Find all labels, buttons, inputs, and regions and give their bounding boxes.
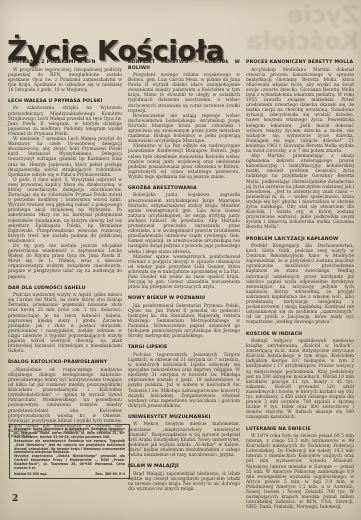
- section-heading: KOŚCIÓŁ W INDIACH: [246, 332, 354, 338]
- article-paragraph: Rząd Malajzji zapowiedział niedawno, iż …: [128, 472, 240, 492]
- news-section: ISLAM W MALAJZJIRząd Malajzji zapowiedzi…: [128, 464, 240, 492]
- section-heading: KONFLIKT PAŃSTWO — KOŚCIÓŁ W BOLIWII: [128, 60, 240, 71]
- section-heading: TARGI LIPSKIE: [128, 345, 240, 351]
- imprint-order-number: Zam. 580-80. R-4: [95, 473, 125, 477]
- article-paragraph: W 1979 roku było na świecie ponad 69,5 m…: [246, 434, 354, 510]
- article-paragraph: Podczas tegorocznych Jesiennych Targów L…: [128, 353, 240, 409]
- imprint-line: Wydawca: Kuria Diecezjalna w Katowicach.…: [14, 428, 125, 440]
- section-heading: NOWY BISKUP W POZNANIU: [128, 296, 240, 302]
- section-heading: LECH WAŁĘSA U PRYMASA POLSKI: [8, 99, 122, 105]
- section-heading: LUTERANIE NA ŚWIECIE: [246, 427, 354, 433]
- bleed-through-artifact: Życie Kościoła: [237, 2, 359, 60]
- article-paragraph: Do tej pory nie została jeszcze oficjaln…: [8, 244, 122, 280]
- news-section: PROBLEM LAICYZACJI KAPŁANÓWPrefekt Kongr…: [246, 237, 354, 326]
- article-paragraph: Minister spraw wewnętrznych poinformował…: [128, 255, 240, 291]
- news-section: GROŹBA ARESZTOWANIABoliwijska junta wojs…: [128, 186, 240, 290]
- article-paragraph: Niedawno w La Paz odbyło się nadzwyczajn…: [128, 144, 240, 180]
- article-paragraph: Arcybiskup Mediolanu Martini dokonał otw…: [246, 68, 354, 155]
- section-heading: DIALOG KATOLICKO-PRAWOSŁAWNY: [8, 360, 122, 366]
- news-section: TARGI LIPSKIEPodczas tegorocznych Jesien…: [128, 345, 240, 409]
- news-section: LUTERANIE NA ŚWIECIEW 1979 roku było na …: [246, 427, 354, 511]
- text-column-center: KONFLIKT PAŃSTWO — KOŚCIÓŁ W BOLIWIIPrez…: [128, 60, 240, 498]
- text-column-left: SPOTKANIE Z POLAKAMI W RFNW programie te…: [8, 60, 122, 445]
- article-paragraph: Abp Martini, przemawiając z okazji ogłos…: [246, 154, 354, 230]
- news-section: DAR DLA LUDNOŚCI SAHELUPodczas niedawnej…: [8, 286, 122, 355]
- newspaper-page: Życie Kościoła Życie Kościoła SPOTKANIE …: [0, 0, 361, 520]
- article-paragraph: Boliwijska junta wojskowa zagroziła ares…: [128, 193, 240, 254]
- news-section: KONFLIKT PAŃSTWO — KOŚCIÓŁ W BOLIWIIPrez…: [128, 60, 240, 180]
- article-paragraph: W Mekce, świętym mieście mahometan, pows…: [128, 422, 240, 458]
- section-heading: GROŹBA ARESZTOWANIA: [128, 186, 240, 192]
- article-paragraph: O godz. 8 rano kard. S. Wyszyński odpraw…: [8, 178, 122, 244]
- section-heading: ISLAM W MALAJZJI: [128, 464, 240, 470]
- section-heading: SPOTKANIE Z POLAKAMI W RFN: [8, 60, 122, 66]
- article-paragraph: Po zakończeniu strajku na Wybrzeżu przew…: [8, 106, 122, 137]
- article-paragraph: Jak poinformował Sekretariat Prymasa Pol…: [128, 304, 240, 340]
- news-section: PROCES KANONICZNY BERETTY MOLLAArcybisku…: [246, 60, 354, 231]
- section-heading: DAR DLA LUDNOŚCI SAHELU: [8, 286, 122, 292]
- section-heading: UNIWERSYTET MUZUŁMAŃSKI: [128, 415, 240, 421]
- text-column-right: PROCES KANONICZNY BERETTY MOLLAArcybisku…: [246, 60, 354, 516]
- article-paragraph: W niedzielę 7 września Lech Wałęsa przyb…: [8, 137, 122, 178]
- imprint-footer: Nakład 90 000 egz. Zam. 580-80. R-4: [14, 473, 125, 477]
- article-paragraph: W programie tegorocznej, listopadowej po…: [8, 68, 122, 93]
- news-section: KOŚCIÓŁ W INDIACHBiskupi indyjscy opubli…: [246, 332, 354, 421]
- news-section: UNIWERSYTET MUZUŁMAŃSKIW Mekce, świętym …: [128, 415, 240, 458]
- imprint-line: Wysyłkę zagraniczną „Gościa Niedzielnego…: [14, 455, 125, 471]
- news-section: SPOTKANIE Z POLAKAMI W RFNW programie te…: [8, 60, 122, 93]
- imprint-line: Rękopisów nie zamówionych Redakcja nie z…: [14, 440, 125, 456]
- article-paragraph: Równocześnie nie ustają represje wobec d…: [128, 114, 240, 145]
- article-paragraph: Prefekt Kongregacji dla Duchowieństwa, k…: [246, 244, 354, 326]
- section-heading: PROCES KANONICZNY BERETTY MOLLA: [246, 60, 354, 66]
- imprint-box: Wydawca: Kuria Diecezjalna w Katowicach.…: [9, 424, 130, 479]
- news-section: LECH WAŁĘSA U PRYMASA POLSKIPo zakończen…: [8, 99, 122, 280]
- news-section: NOWY BISKUP W POZNANIUJak poinformował S…: [128, 296, 240, 339]
- page-number: 2: [12, 494, 18, 504]
- imprint-lines: Wydawca: Kuria Diecezjalna w Katowicach.…: [14, 428, 125, 471]
- imprint-print-run: Nakład 90 000 egz.: [14, 473, 47, 477]
- section-heading: PROBLEM LAICYZACJI KAPŁANÓW: [246, 237, 354, 243]
- article-paragraph: Prezydent nowego reżimu wojskowego w Bol…: [128, 73, 240, 114]
- article-paragraph: Podczas niedawnej wizyty w Aquili, gdzie…: [8, 293, 122, 354]
- article-paragraph: Biskupi indyjscy opublikowali niedawno k…: [246, 339, 354, 421]
